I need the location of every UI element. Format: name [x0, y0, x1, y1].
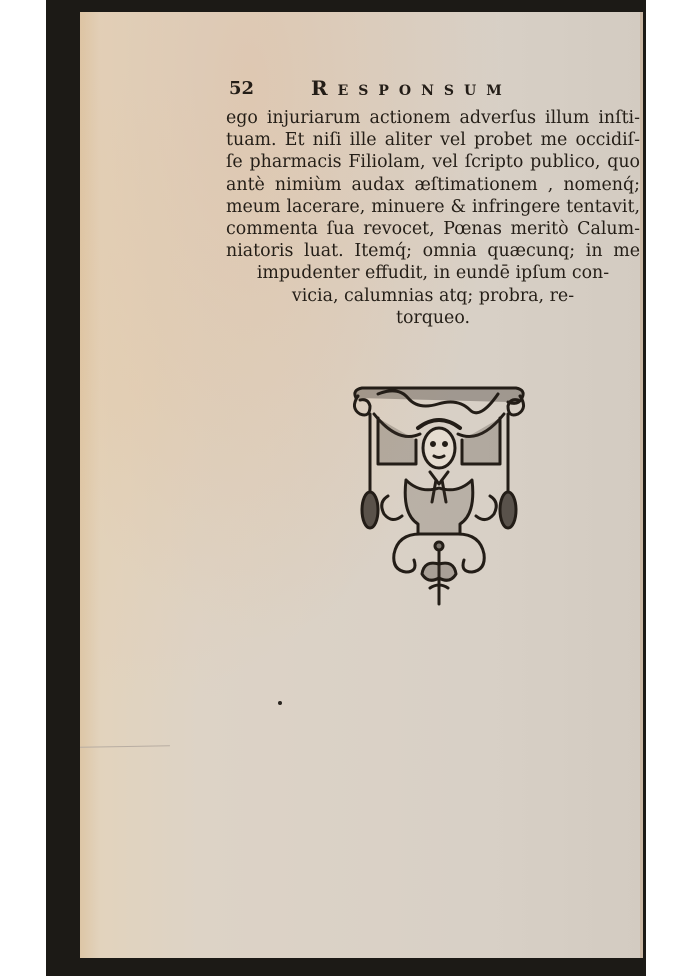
- text-line: ego injuriarum actionem adverſus illum i…: [226, 107, 640, 129]
- text-line: ſe pharmacis Filiolam, vel ſcripto publi…: [226, 151, 640, 173]
- text-line: impudenter effudit, in eundē ipſum con-: [226, 262, 640, 284]
- running-title: Responsum: [311, 76, 512, 100]
- body-text: ego injuriarum actionem adverſus illum i…: [226, 107, 640, 329]
- text-line: vicia, calumnias atq; probra, re-: [226, 285, 640, 307]
- text-line: commenta ſua revocet, Pœnas meritò Calum…: [226, 218, 640, 240]
- text-line: niatoris luat. Itemq́; omnia quæcunq; in…: [226, 240, 640, 262]
- text-line: tuam. Et niſi ille aliter vel probet me …: [226, 129, 640, 151]
- text-line: torqueo.: [226, 307, 640, 329]
- text-line: antè nimiùm audax æſtimationem , nomenq́…: [226, 174, 640, 196]
- page-edge: [640, 12, 643, 958]
- page-number: 52: [229, 78, 254, 99]
- book-page: 52 Responsum ego injuriarum actionem adv…: [80, 12, 643, 958]
- ink-spot: [278, 701, 282, 705]
- running-head: 52 Responsum: [229, 76, 643, 104]
- tailpiece-ornament-icon: [348, 384, 530, 606]
- text-line: meum lacerare, minuere & infringere tent…: [226, 196, 640, 218]
